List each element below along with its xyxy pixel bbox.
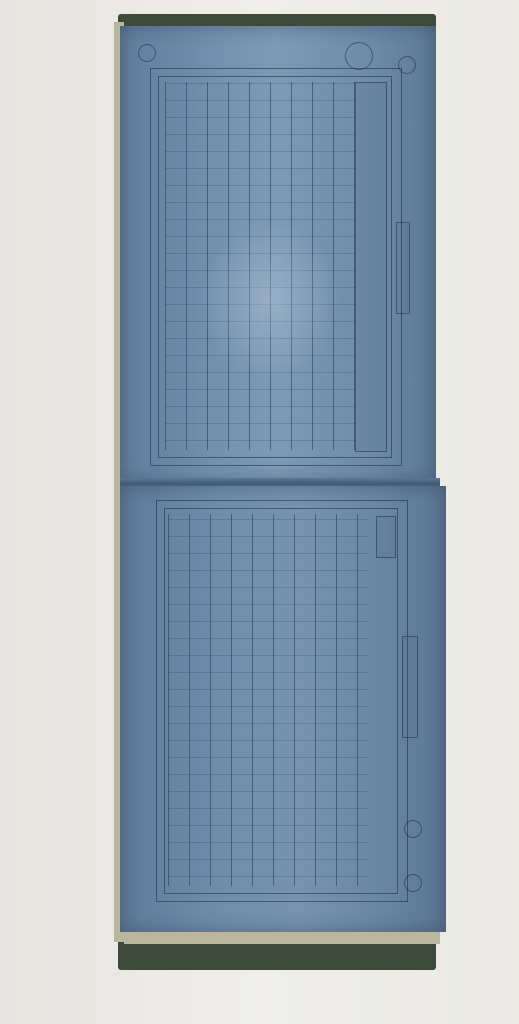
page-edge-bottom <box>124 932 440 944</box>
ornament-icon <box>404 820 422 838</box>
ornament-icon <box>398 56 416 74</box>
lower-page-heading-box <box>402 636 418 738</box>
upper-page-heading-box <box>396 222 410 314</box>
light-reflection <box>200 220 340 380</box>
lower-page-text-block <box>168 514 368 886</box>
ornament-icon <box>345 42 373 70</box>
upper-page-margin-panel <box>355 82 387 452</box>
lower-page-margin-box <box>376 516 396 558</box>
ornament-icon <box>404 874 422 892</box>
ornament-icon <box>138 44 156 62</box>
